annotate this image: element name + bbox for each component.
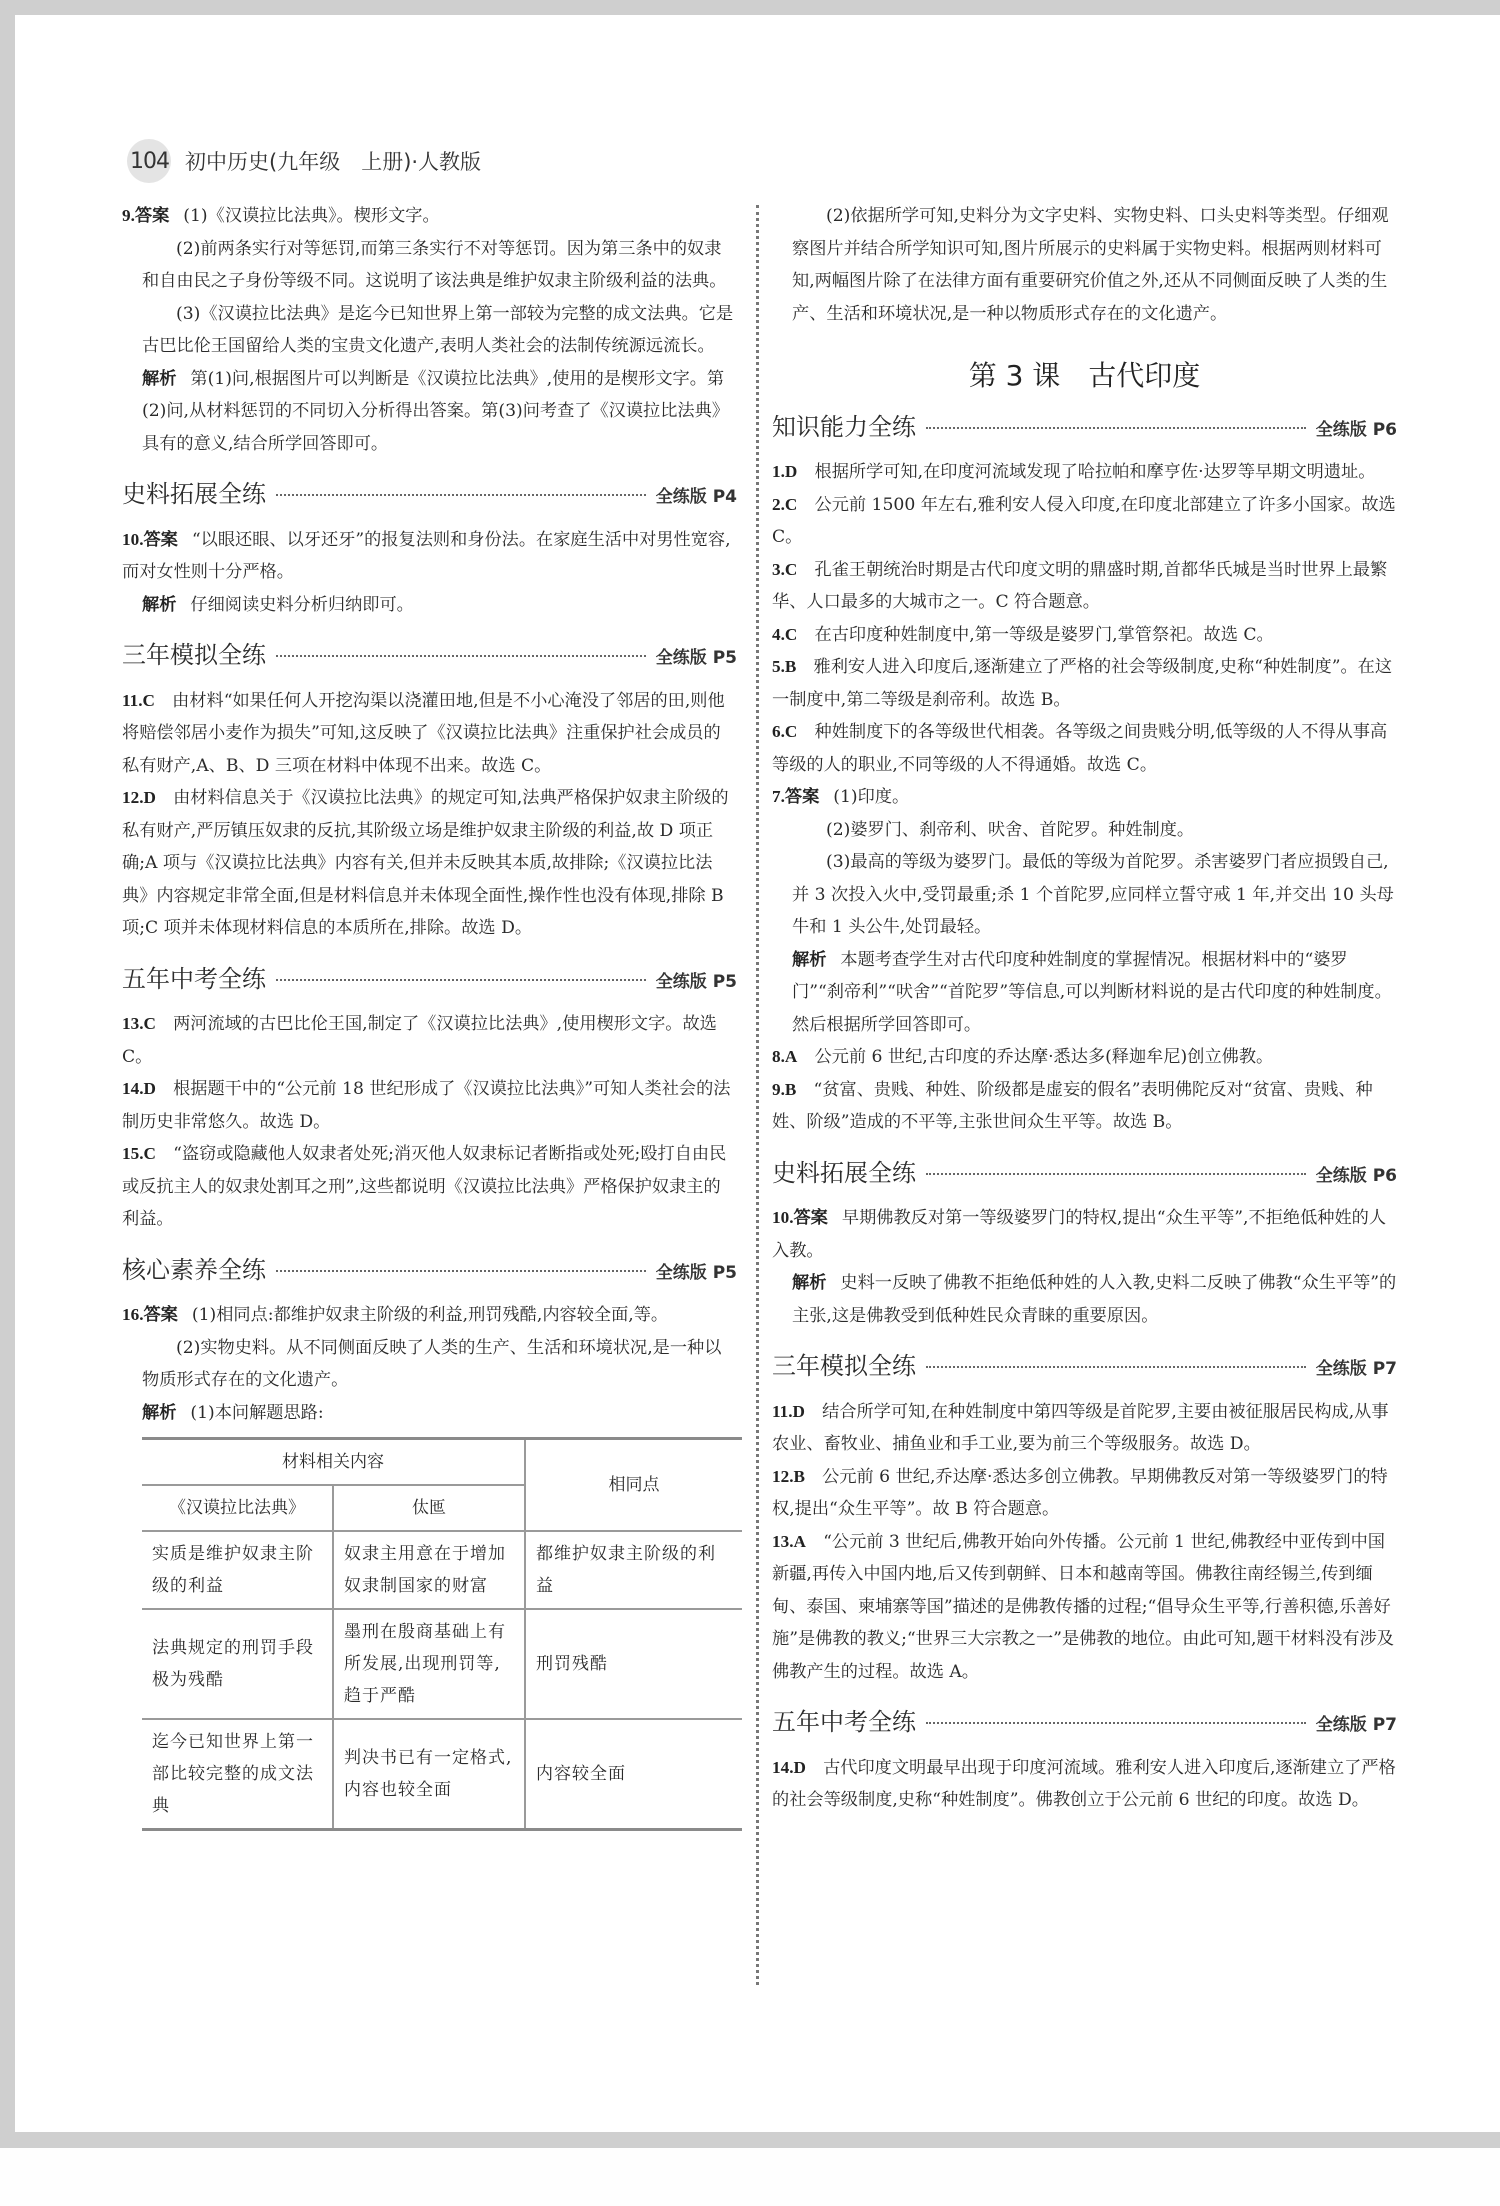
question-number: 9. <box>122 206 135 225</box>
question-number: 14.D <box>122 1079 156 1098</box>
scan-border-bottom <box>0 2132 1500 2148</box>
analysis-tag: 解析 <box>792 950 826 970</box>
answer-text: 早期佛教反对第一等级婆罗门的特权,提出“众生平等”,不拒绝低种姓的人入教。 <box>772 1208 1386 1261</box>
left-column: 9.答案(1)《汉谟拉比法典》。楔形文字。 (2)前两条实行对等惩罚,而第三条实… <box>122 200 737 1831</box>
answer-text: “贫富、贵贱、种姓、阶级都是虚妄的假名”表明佛陀反对“贫富、贵贱、种姓、阶级”造… <box>772 1080 1373 1133</box>
question-number: 5.B <box>772 657 796 676</box>
answer-tag: 答案 <box>785 787 819 807</box>
question-number: 7. <box>772 787 785 806</box>
answer-q9: 9.B “贫富、贵贱、种姓、阶级都是虚妄的假名”表明佛陀反对“贫富、贵贱、种姓、… <box>772 1074 1397 1139</box>
table-cell: 法典规定的刑罚手段极为残酷 <box>142 1609 333 1719</box>
leader-dots <box>276 1270 646 1272</box>
question-number: 8.A <box>772 1047 797 1066</box>
analysis-tag: 解析 <box>142 1403 176 1423</box>
leader-dots <box>276 979 646 981</box>
section-header-wunian: 五年中考全练 全练版 P5 <box>122 963 737 999</box>
answer-q12-right: 12.B 公元前 6 世纪,乔达摩·悉达多创立佛教。早期佛教反对第一等级婆罗门的… <box>772 1461 1397 1526</box>
answer-text: 孔雀王朝统治时期是古代印度文明的鼎盛时期,首都华氏城是当时世界上最繁华、人口最多… <box>772 560 1387 613</box>
table-cell: 墨刑在殷商基础上有所发展,出现刑罚等,趋于严酷 <box>333 1609 525 1719</box>
question-number: 4.C <box>772 625 797 644</box>
lesson-title: 第 3 课 古代印度 <box>772 360 1397 393</box>
analysis-tag: 解析 <box>142 369 176 389</box>
table-header-vessel: 㑀匜 <box>333 1485 525 1531</box>
section-page-ref: 全练版 P5 <box>656 1257 737 1290</box>
question-number: 1.D <box>772 462 797 481</box>
answer-q13-right: 13.A “公元前 3 世纪后,佛教开始向外传播。公元前 1 世纪,佛教经中亚传… <box>772 1526 1397 1689</box>
section-page-ref: 全练版 P6 <box>1316 1160 1397 1193</box>
analysis-text: 史料一反映了佛教不拒绝低种姓的人入教,史料二反映了佛教“众生平等”的主张,这是佛… <box>792 1273 1396 1326</box>
question-number: 13.A <box>772 1532 806 1551</box>
question-number: 10. <box>122 530 143 549</box>
answer-q5: 5.B 雅利安人进入印度后,逐渐建立了严格的社会等级制度,史称“种姓制度”。在这… <box>772 651 1397 716</box>
leader-dots <box>276 494 646 496</box>
answer-text: 由材料信息关于《汉谟拉比法典》的规定可知,法典严格保护奴隶主阶级的私有财产,严厉… <box>122 788 729 938</box>
answer-text: “盗窃或隐藏他人奴隶者处死;消灭他人奴隶标记者断指或处死;殴打自由民或反抗主人的… <box>122 1144 726 1229</box>
table-cell: 奴隶主用意在于增加奴隶制国家的财富 <box>333 1531 525 1609</box>
section-page-ref: 全练版 P4 <box>656 481 737 514</box>
table-cell: 刑罚残酷 <box>525 1609 742 1719</box>
leader-dots <box>926 1366 1306 1368</box>
answer-tag: 答案 <box>143 530 177 550</box>
table-group-header: 材料相关内容 <box>142 1439 525 1486</box>
question-number: 9.B <box>772 1080 796 1099</box>
section-header-shiliao-right: 史料拓展全练 全练版 P6 <box>772 1157 1397 1193</box>
section-title: 史料拓展全练 <box>122 478 266 511</box>
leader-dots <box>276 655 646 657</box>
answer-text: “公元前 3 世纪后,佛教开始向外传播。公元前 1 世纪,佛教经中亚传到中国新疆… <box>772 1532 1394 1682</box>
question-number: 13.C <box>122 1014 156 1033</box>
section-header-shiliao: 史料拓展全练 全练版 P4 <box>122 478 737 514</box>
table-cell: 迄今已知世界上第一部比较完整的成文法典 <box>142 1719 333 1830</box>
answer-text: (2)前两条实行对等惩罚,而第三条实行不对等惩罚。因为第三条中的奴隶和自由民之子… <box>122 233 737 298</box>
question-number: 15.C <box>122 1144 156 1163</box>
section-header-hexin: 核心素养全练 全练版 P5 <box>122 1254 737 1290</box>
answer-text: (1)《汉谟拉比法典》。楔形文字。 <box>183 206 439 226</box>
answer-q10-right: 10.答案早期佛教反对第一等级婆罗门的特权,提出“众生平等”,不拒绝低种姓的人入… <box>772 1202 1397 1332</box>
analysis-text: 本题考查学生对古代印度种姓制度的掌握情况。根据材料中的“婆罗门”“刹帝利”“吠舍… <box>792 950 1392 1035</box>
leader-dots <box>926 1722 1306 1724</box>
section-header-sannian: 三年模拟全练 全练版 P5 <box>122 639 737 675</box>
answer-q14: 14.D 根据题干中的“公元前 18 世纪形成了《汉谟拉比法典》”可知人类社会的… <box>122 1073 737 1138</box>
table-cell: 判决书已有一定格式,内容也较全面 <box>333 1719 525 1830</box>
table-header-code: 《汉谟拉比法典》 <box>142 1485 333 1531</box>
answer-q2: 2.C 公元前 1500 年左右,雅利安人侵入印度,在印度北部建立了许多小国家。… <box>772 489 1397 554</box>
section-header-sannian-right: 三年模拟全练 全练版 P7 <box>772 1350 1397 1386</box>
section-header-zhishi: 知识能力全练 全练版 P6 <box>772 411 1397 447</box>
comparison-table: 材料相关内容 相同点 《汉谟拉比法典》 㑀匜 实质是维护奴隶主阶级的利益 奴隶主… <box>142 1437 742 1831</box>
table-row: 法典规定的刑罚手段极为残酷 墨刑在殷商基础上有所发展,出现刑罚等,趋于严酷 刑罚… <box>142 1609 742 1719</box>
answer-tag: 答案 <box>143 1305 177 1325</box>
table-row: 实质是维护奴隶主阶级的利益 奴隶主用意在于增加奴隶制国家的财富 都维护奴隶主阶级… <box>142 1531 742 1609</box>
answer-q16-continued: (2)依据所学可知,史料分为文字史料、实物史料、口头史料等类型。仔细观察图片并结… <box>772 200 1397 330</box>
answer-text: 古代印度文明最早出现于印度河流域。雅利安人进入印度后,逐渐建立了严格的社会等级制… <box>772 1758 1396 1811</box>
answer-text: 根据所学可知,在印度河流域发现了哈拉帕和摩亨佐·达罗等早期文明遗址。 <box>815 462 1376 482</box>
running-header: 104 初中历史(九年级 上册)·人教版 <box>125 141 481 181</box>
table-row: 迄今已知世界上第一部比较完整的成文法典 判决书已有一定格式,内容也较全面 内容较… <box>142 1719 742 1830</box>
section-title: 知识能力全练 <box>772 411 916 444</box>
answer-text: 在古印度种姓制度中,第一等级是婆罗门,掌管祭祀。故选 C。 <box>815 625 1274 645</box>
question-number: 11.C <box>122 691 155 710</box>
answer-text: “以眼还眼、以牙还牙”的报复法则和身份法。在家庭生活中对男性宽容,而对女性则十分… <box>122 530 731 583</box>
section-title: 三年模拟全练 <box>772 1350 916 1383</box>
section-title: 五年中考全练 <box>772 1706 916 1739</box>
question-number: 2.C <box>772 495 797 514</box>
analysis-text: 第(1)问,根据图片可以判断是《汉谟拉比法典》,使用的是楔形文字。第(2)问,从… <box>142 369 729 454</box>
question-number: 10. <box>772 1208 793 1227</box>
answer-tag: 答案 <box>135 206 169 226</box>
answer-text: (1)印度。 <box>833 787 909 807</box>
answer-text: (2)婆罗门、刹帝利、吠舍、首陀罗。种姓制度。 <box>772 814 1397 847</box>
section-title: 核心素养全练 <box>122 1254 266 1287</box>
answer-text: 公元前 1500 年左右,雅利安人侵入印度,在印度北部建立了许多小国家。故选 C… <box>772 495 1396 548</box>
answer-q10: 10.答案“以眼还眼、以牙还牙”的报复法则和身份法。在家庭生活中对男性宽容,而对… <box>122 524 737 622</box>
scan-border-top <box>0 0 1500 15</box>
section-page-ref: 全练版 P5 <box>656 642 737 675</box>
question-number: 16. <box>122 1305 143 1324</box>
section-page-ref: 全练版 P7 <box>1316 1353 1397 1386</box>
table-cell: 实质是维护奴隶主阶级的利益 <box>142 1531 333 1609</box>
answer-text: 公元前 6 世纪,古印度的乔达摩·悉达多(释迦牟尼)创立佛教。 <box>815 1047 1274 1067</box>
section-title: 史料拓展全练 <box>772 1157 916 1190</box>
analysis-tag: 解析 <box>142 595 176 615</box>
question-number: 12.D <box>122 788 156 807</box>
answer-q1: 1.D 根据所学可知,在印度河流域发现了哈拉帕和摩亨佐·达罗等早期文明遗址。 <box>772 456 1397 489</box>
answer-text: (2)实物史料。从不同侧面反映了人类的生产、生活和环境状况,是一种以物质形式存在… <box>122 1332 737 1397</box>
leader-dots <box>926 1173 1306 1175</box>
section-header-wunian-right: 五年中考全练 全练版 P7 <box>772 1706 1397 1742</box>
answer-text: 公元前 6 世纪,乔达摩·悉达多创立佛教。早期佛教反对第一等级婆罗门的特权,提出… <box>772 1467 1388 1520</box>
answer-text: 结合所学可知,在种姓制度中第四等级是首陀罗,主要由被征服居民构成,从事农业、畜牧… <box>772 1402 1389 1455</box>
answer-q4: 4.C 在古印度种姓制度中,第一等级是婆罗门,掌管祭祀。故选 C。 <box>772 619 1397 652</box>
answer-text: 雅利安人进入印度后,逐渐建立了严格的社会等级制度,史称“种姓制度”。在这一制度中… <box>772 657 1392 710</box>
answer-q6: 6.C 种姓制度下的各等级世代相袭。各等级之间贵贱分明,低等级的人不得从事高等级… <box>772 716 1397 781</box>
column-divider <box>756 205 759 1985</box>
answer-text: 两河流域的古巴比伦王国,制定了《汉谟拉比法典》,使用楔形文字。故选 C。 <box>122 1014 717 1067</box>
analysis-tag: 解析 <box>792 1273 826 1293</box>
analysis-text: 仔细阅读史料分析归纳即可。 <box>190 595 413 615</box>
answer-q3: 3.C 孔雀王朝统治时期是古代印度文明的鼎盛时期,首都华氏城是当时世界上最繁华、… <box>772 554 1397 619</box>
question-number: 3.C <box>772 560 797 579</box>
answer-q13: 13.C 两河流域的古巴比伦王国,制定了《汉谟拉比法典》,使用楔形文字。故选 C… <box>122 1008 737 1073</box>
answer-q15: 15.C “盗窃或隐藏他人奴隶者处死;消灭他人奴隶标记者断指或处死;殴打自由民或… <box>122 1138 737 1236</box>
answer-q11-right: 11.D 结合所学可知,在种姓制度中第四等级是首陀罗,主要由被征服居民构成,从事… <box>772 1396 1397 1461</box>
section-page-ref: 全练版 P5 <box>656 966 737 999</box>
analysis-text: (1)本问解题思路: <box>190 1403 323 1423</box>
answer-text: (3)《汉谟拉比法典》是迄今已知世界上第一部较为完整的成文法典。它是古巴比伦王国… <box>122 298 737 363</box>
leader-dots <box>926 427 1306 429</box>
answer-q11: 11.C 由材料“如果任何人开挖沟渠以浇灌田地,但是不小心淹没了邻居的田,则他将… <box>122 685 737 783</box>
question-number: 14.D <box>772 1758 806 1777</box>
answer-q12: 12.D 由材料信息关于《汉谟拉比法典》的规定可知,法典严格保护奴隶主阶级的私有… <box>122 782 737 945</box>
answer-text: (3)最高的等级为婆罗门。最低的等级为首陀罗。杀害婆罗门者应损毁自己,并 3 次… <box>772 846 1397 944</box>
table-cell: 内容较全面 <box>525 1719 742 1830</box>
question-number: 6.C <box>772 722 797 741</box>
answer-tag: 答案 <box>793 1208 827 1228</box>
question-number: 11.D <box>772 1402 805 1421</box>
scan-border-left <box>0 0 15 2148</box>
answer-q16: 16.答案(1)相同点:都维护奴隶主阶级的利益,刑罚残酷,内容较全面,等。 (2… <box>122 1299 737 1429</box>
answer-text: (1)相同点:都维护奴隶主阶级的利益,刑罚残酷,内容较全面,等。 <box>192 1305 668 1325</box>
book-title: 初中历史(九年级 上册)·人教版 <box>185 146 481 176</box>
table-cell: 都维护奴隶主阶级的利益 <box>525 1531 742 1609</box>
section-title: 五年中考全练 <box>122 963 266 996</box>
section-title: 三年模拟全练 <box>122 639 266 672</box>
answer-q14-right: 14.D 古代印度文明最早出现于印度河流域。雅利安人进入印度后,逐渐建立了严格的… <box>772 1752 1397 1817</box>
answer-text: 由材料“如果任何人开挖沟渠以浇灌田地,但是不小心淹没了邻居的田,则他将赔偿邻居小… <box>122 691 725 776</box>
table-header-similarity: 相同点 <box>525 1439 742 1532</box>
answer-q7: 7.答案(1)印度。 (2)婆罗门、刹帝利、吠舍、首陀罗。种姓制度。 (3)最高… <box>772 781 1397 1041</box>
section-page-ref: 全练版 P7 <box>1316 1709 1397 1742</box>
right-column: (2)依据所学可知,史料分为文字史料、实物史料、口头史料等类型。仔细观察图片并结… <box>772 200 1397 1817</box>
answer-q9: 9.答案(1)《汉谟拉比法典》。楔形文字。 (2)前两条实行对等惩罚,而第三条实… <box>122 200 737 460</box>
answer-q8: 8.A 公元前 6 世纪,古印度的乔达摩·悉达多(释迦牟尼)创立佛教。 <box>772 1041 1397 1074</box>
answer-text: 根据题干中的“公元前 18 世纪形成了《汉谟拉比法典》”可知人类社会的法制历史非… <box>122 1079 731 1132</box>
section-page-ref: 全练版 P6 <box>1316 414 1397 447</box>
page-number-badge: 104 <box>127 139 171 183</box>
answer-text: 种姓制度下的各等级世代相袭。各等级之间贵贱分明,低等级的人不得从事高等级的人的职… <box>772 722 1387 775</box>
question-number: 12.B <box>772 1467 805 1486</box>
